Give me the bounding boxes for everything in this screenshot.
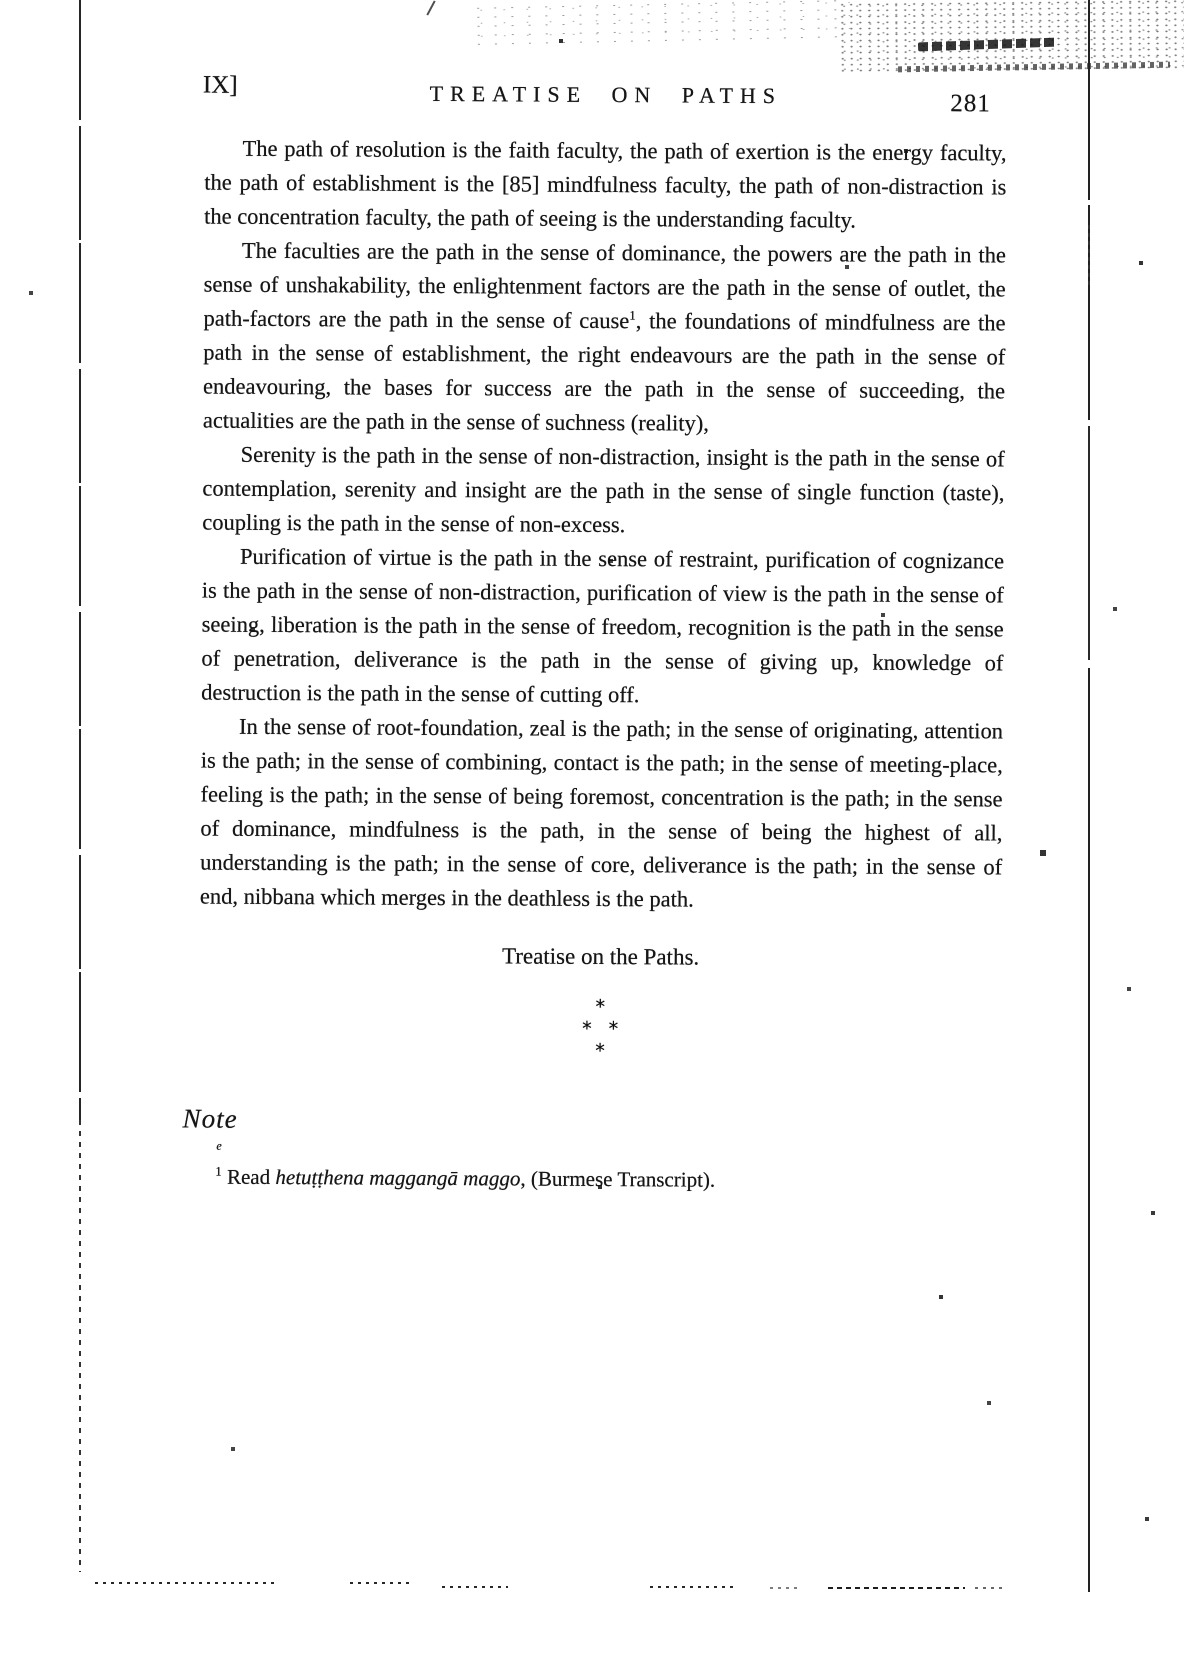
- scan-stray-dots: [0, 0, 2, 2]
- scan-bottom-dotted-edge: [95, 1582, 275, 1584]
- body-paragraph-2: The faculties are the path in the sense …: [203, 234, 1006, 443]
- scan-noise-top-center: [470, 0, 851, 46]
- scan-bottom-dotted-edge: [770, 1587, 800, 1589]
- body-paragraph-3: Serenity is the path in the sense of non…: [202, 438, 1005, 545]
- footnote-marker: 1: [215, 1164, 222, 1179]
- page-number: 281: [950, 90, 991, 118]
- scan-bottom-dotted-edge: [442, 1586, 508, 1588]
- scan-ink-artifact: e: [216, 1141, 1000, 1156]
- body-paragraph-5: In the sense of root-foundation, zeal is…: [200, 710, 1003, 919]
- scan-left-rule-broken: [79, 1120, 81, 1572]
- closing-line: Treatise on the Paths.: [200, 942, 1002, 973]
- footnote: 1 Read hetuṭṭhena maggangā maggo, (Burme…: [198, 1165, 1000, 1195]
- body-paragraph-4: Purification of virtue is the path in th…: [201, 540, 1004, 715]
- scan-bottom-dotted-edge: [650, 1586, 737, 1588]
- scan-bottom-dotted-edge: [828, 1587, 965, 1589]
- body-text: The path of resolution is the faith facu…: [200, 132, 1007, 919]
- scan-left-rule: [79, 0, 81, 1120]
- asterisk-separator: * ** *: [199, 994, 1001, 1065]
- scan-tick-mark: [426, 0, 435, 15]
- page-header: IX] TREATISE ON PATHS 281: [205, 72, 1007, 119]
- scan-bottom-dotted-edge: [350, 1582, 410, 1584]
- footnote-suffix: , (Burmese Transcript).: [520, 1166, 715, 1191]
- scan-noise-top-right: [838, 0, 1184, 74]
- scan-smudge-top-right: [918, 38, 1058, 52]
- footnote-prefix: Read: [227, 1165, 276, 1189]
- note-section: Note e 1 Read hetuṭṭhena maggangā maggo,…: [198, 1104, 1001, 1195]
- scan-bottom-dotted-edge: [975, 1587, 1003, 1589]
- scan-noise-strip-right: [898, 62, 1170, 73]
- asterisk-bottom: *: [199, 1038, 1001, 1065]
- note-heading: Note: [183, 1103, 1001, 1139]
- page: IX] TREATISE ON PATHS 281 The path of re…: [198, 72, 1007, 1195]
- footnote-pali-text: hetuṭṭhena maggangā maggo: [275, 1165, 520, 1190]
- scan-right-rule-dotted: [1088, 225, 1090, 285]
- running-title: TREATISE ON PATHS: [205, 80, 1007, 111]
- body-paragraph-1: The path of resolution is the faith facu…: [204, 132, 1007, 239]
